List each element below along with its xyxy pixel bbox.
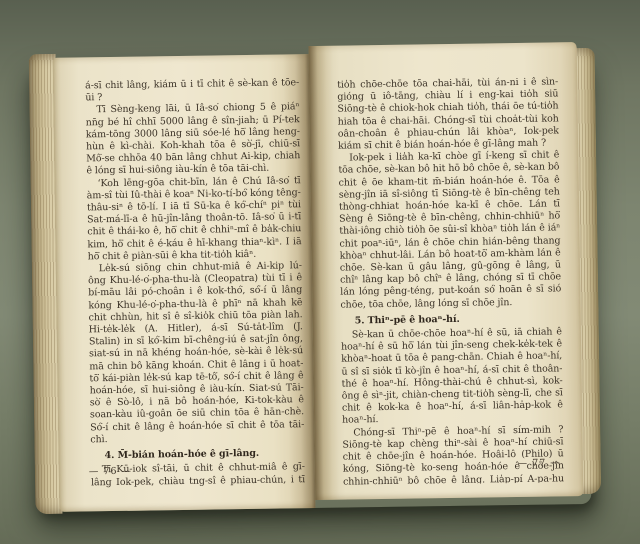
left-page-text-column: á-sī chit lâng, kiám ū i tī chit ê sè-ka… [85,77,305,488]
right-page: tio̍h chōe-chōe tōa chai-hāi, tùi án-ni … [309,42,584,500]
page-number-77: — 77 — [518,457,561,469]
body-paragraph: Sè-kan ū chōe-chōe hoaⁿ-hí ê sū, iā chia… [341,326,563,427]
body-paragraph: Iok-pek i lia̍h ka-kī chòe gī í-keng sī … [338,150,561,312]
continued-paragraph: á-sī chit lâng, kiám ū i tī chit ê sè-ka… [85,77,299,105]
section-heading-4: 4. M̄-bián hoán-hóe ê gī-lâng. [91,447,305,462]
continued-paragraph: tio̍h chōe-chōe tōa chai-hāi, tùi án-ni … [337,76,559,152]
body-paragraph: Le̍k-sú siōng chin chhut-miâ ê Ai-kip lú… [88,260,305,446]
photo-background: á-sī chit lâng, kiám ū i tī chit ê sè-ka… [0,0,640,544]
body-paragraph: ‘Koh lēng-gōa chit-bīn, lán ê Chú Iâ-so͘… [87,175,302,264]
open-book: á-sī chit lâng, kiám ū i tī chit ê sè-ka… [27,38,604,516]
page-number-76: — 76 — [89,466,132,478]
right-page-text-column: tio̍h chōe-chōe tōa chai-hāi, tùi án-ni … [337,76,564,485]
section-heading-5: 5. Thiⁿ-pē ê hoaⁿ-hí. [341,312,562,327]
body-paragraph: Chóng-sī Thiⁿ-pē ê hoaⁿ-hí sī sím-mih ? … [342,424,564,486]
left-page: á-sī chit lâng, kiám ū i tī chit ê sè-ka… [53,54,316,512]
body-paragraph: Tī Sèng-keng lāi, ū Iâ-so͘ chiong 5 ê pi… [85,102,300,178]
